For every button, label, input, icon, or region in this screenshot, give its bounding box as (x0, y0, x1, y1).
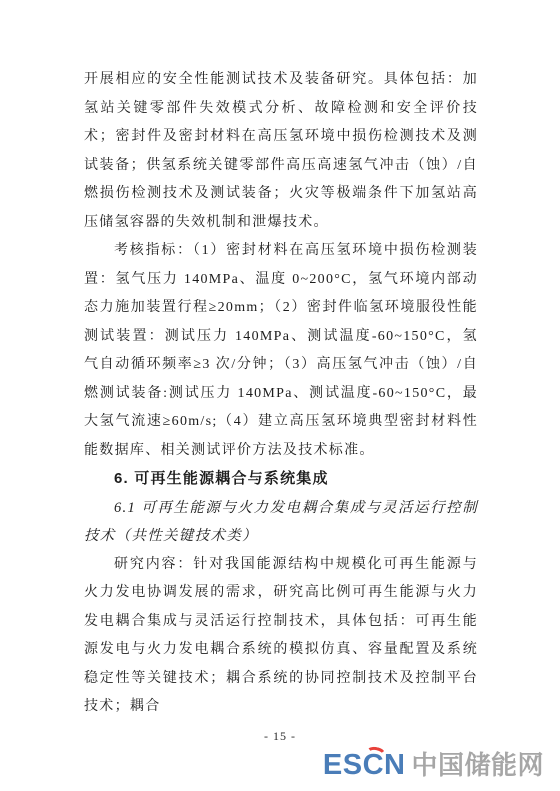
paragraph-assessment-indicators: 考核指标：（1）密封材料在高压氢环境中损伤检测装置：氢气压力 140MPa、温度… (84, 237, 478, 465)
escn-logo-es: ES (323, 749, 363, 781)
escn-watermark: ESCN 中国储能网 (323, 745, 544, 782)
paragraph-research-content: 研究内容：针对我国能源结构中规模化可再生能源与火力发电协调发展的需求，研究高比例… (84, 551, 478, 722)
escn-logo: ESCN (323, 749, 406, 782)
escn-site-name: 中国储能网 (411, 745, 544, 782)
page-number: - 15 - (264, 729, 296, 743)
escn-logo-c: C (363, 749, 384, 782)
paragraph-continuation: 开展相应的安全性能测试技术及装备研究。具体包括：加氢站关键零部件失效模式分析、故… (84, 66, 478, 237)
section-heading-6: 6. 可再生能源耦合与系统集成 (84, 465, 478, 494)
escn-logo-n: N (384, 749, 405, 781)
document-page: 开展相应的安全性能测试技术及装备研究。具体包括：加氢站关键零部件失效模式分析、故… (0, 0, 560, 791)
page-body: 开展相应的安全性能测试技术及装备研究。具体包括：加氢站关键零部件失效模式分析、故… (84, 66, 478, 722)
subsection-heading-6-1: 6.1 可再生能源与火力发电耦合集成与灵活运行控制技术（共性关键技术类） (84, 494, 478, 551)
page-footer: - 15 - (0, 729, 560, 744)
